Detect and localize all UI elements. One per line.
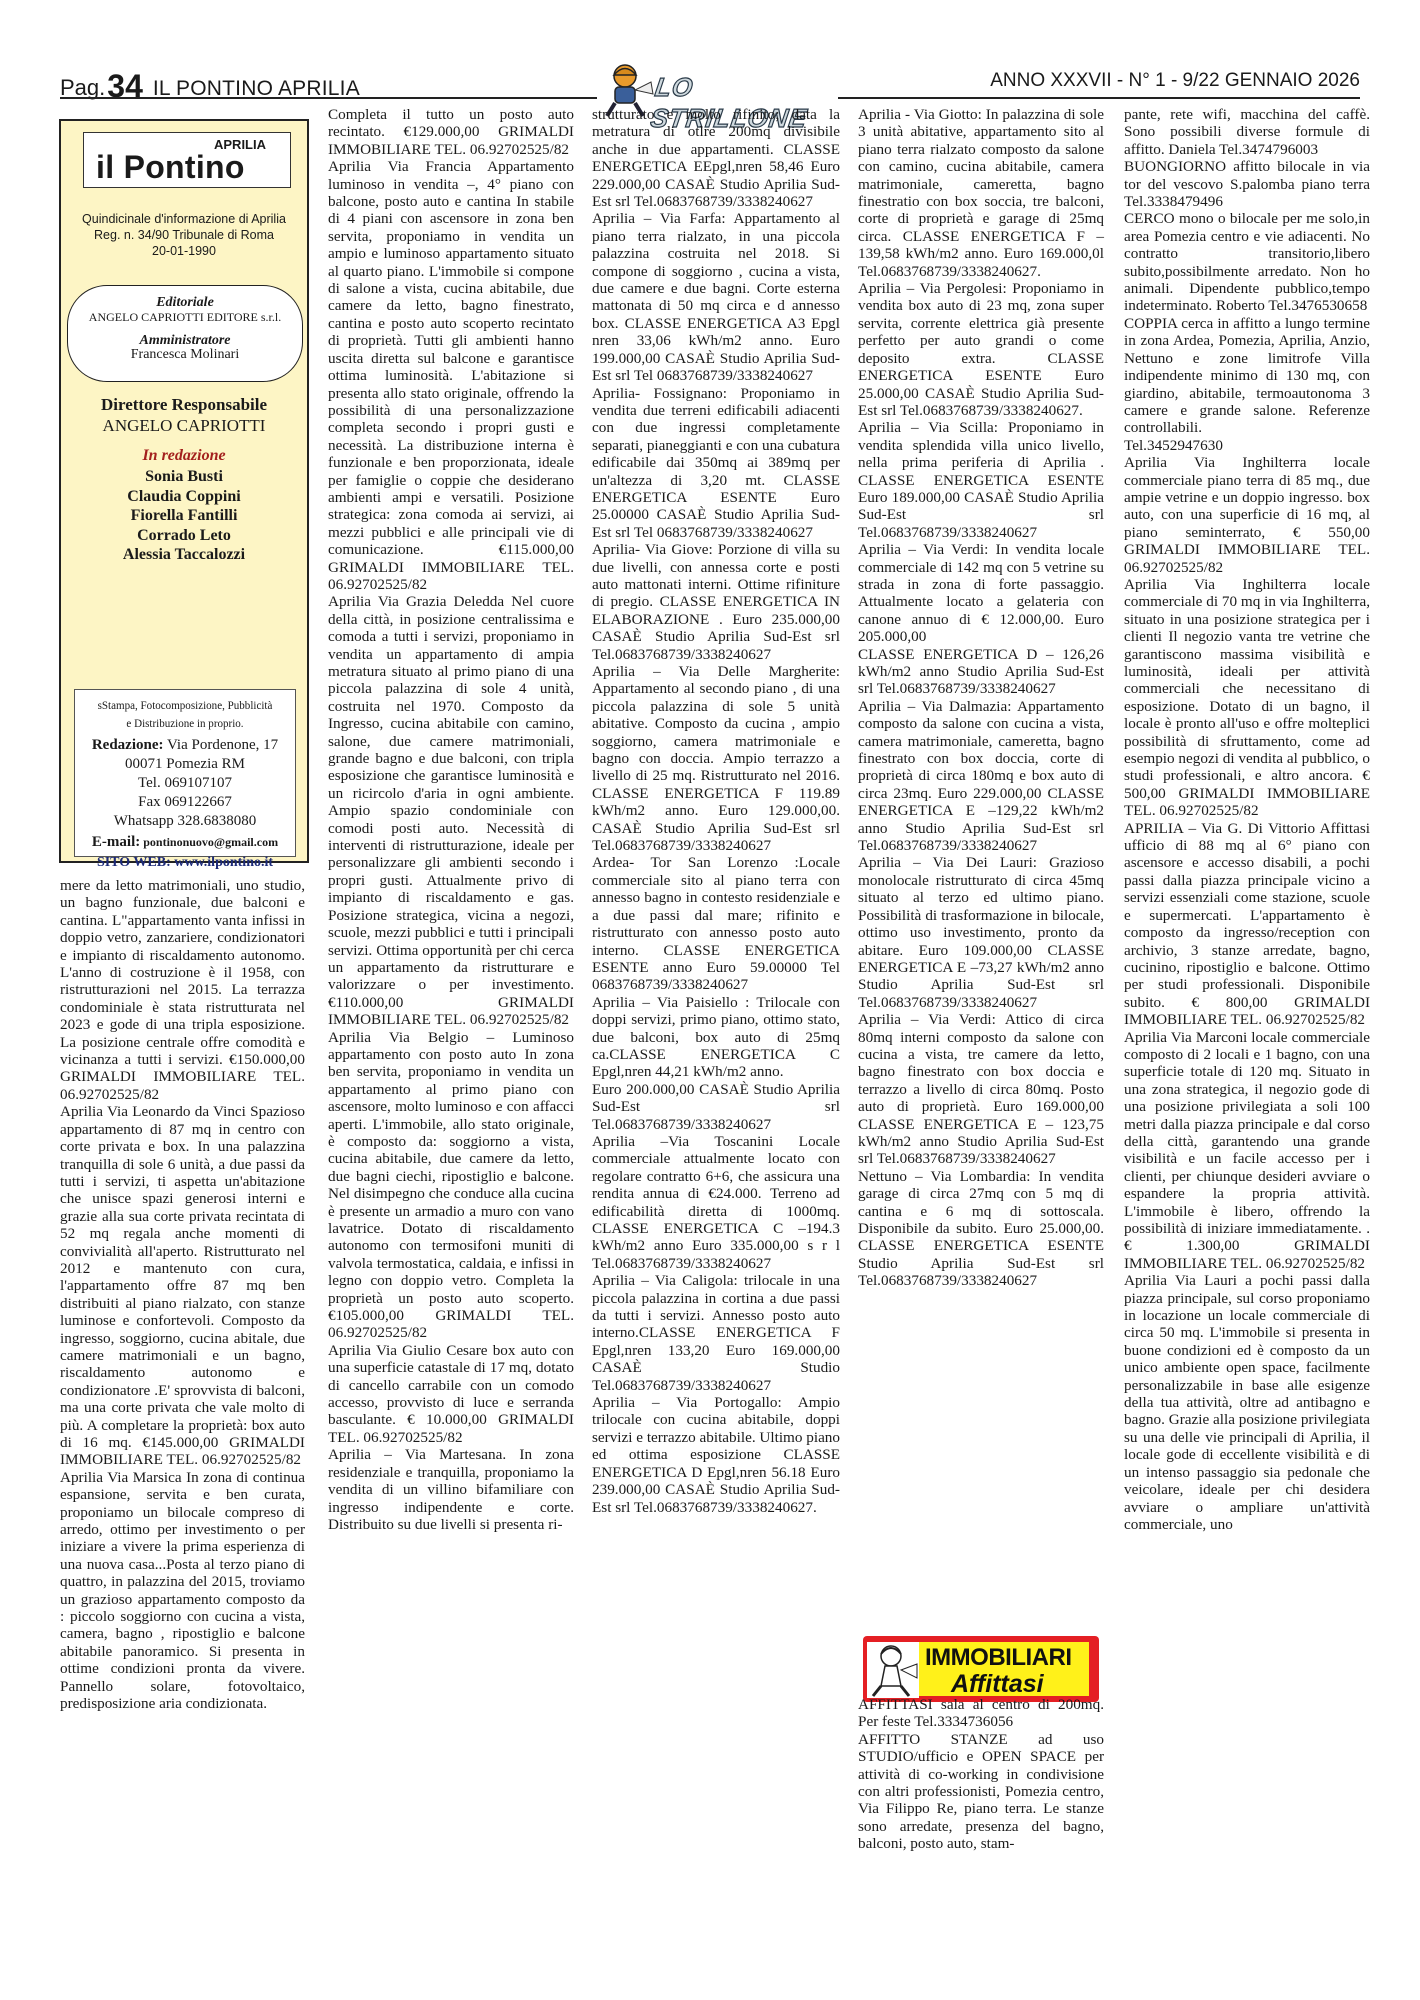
classified-ad: Aprilia Via Francia Appartamento luminos… [328,158,574,593]
cap-city: 00071 Pomezia RM [75,755,295,774]
classified-ad: Aprilia – Via Verdi: Attico di circa 80m… [858,1011,1104,1168]
stampa-line: sStampa, Fotocomposizione, Pubblicità [84,696,286,714]
classified-ad: AFFITTASI sala al centro di 200mq. Per f… [858,1696,1104,1731]
staff-list: Sonia Busti Claudia Coppini Fiorella Fan… [61,467,307,565]
header-rule-right [838,97,1360,99]
classified-ad: Aprilia Via Inghilterra locale commercia… [1124,454,1370,576]
classified-ad: Aprilia Via Lauri a pochi passi dalla pi… [1124,1272,1370,1533]
classified-ad: Completa il tutto un posto auto recintat… [328,106,574,158]
staff-member: Alessia Taccalozzi [61,545,307,565]
web-label: SITO WEB: [97,855,171,870]
publication-registration: Quindicinale d'informazione di Aprilia R… [61,211,307,259]
telephone: Tel. 069107107 [75,774,295,793]
classified-ad: Aprilia – Via Caligola: trilocale in una… [592,1272,840,1394]
email-label: E-mail: [92,834,140,850]
classified-ad: Aprilia Via Giulio Cesare box auto con u… [328,1342,574,1446]
classified-ad: mere da letto matrimoniali, uno studio, … [60,877,305,1103]
web-link[interactable]: www.ilpontino.it [174,855,273,870]
staff-member: Corrado Leto [61,526,307,546]
contacts-box: sStampa, Fotocomposizione, Pubblicità e … [74,689,296,857]
classified-ad: Nettuno – Via Lombardia: In vendita gara… [858,1168,1104,1290]
fax: Fax 069122667 [75,793,295,812]
subtitle-line: 20-01-1990 [61,243,307,259]
classified-ad: Aprilia – Via Dei Lauri: Grazioso monolo… [858,854,1104,1011]
classified-ad: Aprilia – Via Pergolesi: Proponiamo in v… [858,280,1104,419]
whatsapp: Whatsapp 328.6838080 [75,812,295,831]
email-link[interactable]: pontinonuovo@gmail.com [143,835,278,849]
classified-ad: Tel.3452947630 [1124,437,1370,454]
newsboy-mascot-icon [867,1642,919,1698]
stampa-info: sStampa, Fotocomposizione, Pubblicità e … [84,696,286,732]
web-line: SITO WEB: www.ilpontino.it [75,853,295,873]
redazione-addr-label: Redazione: [92,737,164,753]
amministratore-label: Amministratore [68,334,302,348]
classified-ad: Aprilia Via Marconi locale commerciale c… [1124,1029,1370,1273]
subtitle-line: Reg. n. 34/90 Tribunale di Roma [61,227,307,243]
redazione-address: Redazione: Via Pordenone, 17 [75,736,295,755]
column-4-affittasi: AFFITTASI sala al centro di 200mq. Per f… [858,1696,1104,1853]
classified-ad: Aprilia – Via Delle Margherite: Appartam… [592,663,840,854]
classified-ad: Aprilia Via Grazia Deledda Nel cuore del… [328,593,574,1028]
classified-ad: Aprilia Via Leonardo da Vinci Spazioso a… [60,1103,305,1469]
redazione-addr: Via Pordenone, 17 [167,737,278,753]
classified-ad: Aprilia Via Inghilterra locale commercia… [1124,576,1370,820]
classified-ad: Aprilia – Via Farfa: Appartamento al pia… [592,210,840,384]
issue-info: ANNO XXXVII - N° 1 - 9/22 GENNAIO 2026 [990,70,1360,92]
classified-ad: strutturato e molto rifinito; data la me… [592,106,840,210]
subtitle-line: Quindicinale d'informazione di Aprilia [61,211,307,227]
classified-ad: Aprilia –Via Toscanini Locale commercial… [592,1133,840,1272]
stampa-line: e Distribuzione in proprio. [84,714,286,732]
classified-ad: Ardea- Tor San Lorenzo :Locale commercia… [592,854,840,993]
staff-member: Fiorella Fantilli [61,506,307,526]
classified-ad: Aprilia – Via Portogallo: Ampio trilocal… [592,1394,840,1516]
header-rule-left [60,97,597,99]
column-4: Aprilia - Via Giotto: In palazzina di so… [858,106,1104,1290]
classified-ad: Aprilia- Via Giove: Porzione di villa su… [592,541,840,663]
masthead-box: APRILIA il Pontino Quindicinale d'inform… [59,119,309,863]
redazione-label: In redazione [61,447,307,465]
classified-ad: Aprilia Via Belgio – Luminoso appartamen… [328,1029,574,1342]
editorial-oval: Editoriale ANGELO CAPRIOTTI EDITORE s.r.… [67,285,303,382]
direttore-label: Direttore Responsabile [61,395,307,415]
banner-subtitle: Affittasi [951,1670,1044,1699]
staff-member: Sonia Busti [61,467,307,487]
logo-il-pontino: il Pontino [96,149,245,186]
classified-ad: pante, rete wifi, macchina del caffè. So… [1124,106,1370,158]
classified-ad: CLASSE ENERGETICA D – 126,26 kWh/m2 anno… [858,646,1104,698]
classified-ad: Aprilia - Via Giotto: In palazzina di so… [858,106,1104,280]
classified-ad: Aprilia – Via Dalmazia: Appartamento com… [858,698,1104,855]
classified-ad: Aprilia Via Marsica In zona di continua … [60,1469,305,1713]
email-line: E-mail: pontinonuovo@gmail.com [75,831,295,853]
editoriale-label: Editoriale [68,296,302,310]
classified-ad: Aprilia – Via Scilla: Proponiamo in vend… [858,419,1104,541]
column-2: Completa il tutto un posto auto recintat… [328,106,574,1533]
classified-ad: APRILIA – Via G. Di Vittorio Affittasi u… [1124,820,1370,1029]
immobiliari-affittasi-banner: IMMOBILIARI Affittasi [863,1636,1099,1704]
classified-ad: COPPIA cerca in affitto a lungo termine … [1124,315,1370,437]
column-1: mere da letto matrimoniali, uno studio, … [60,877,305,1713]
banner-title: IMMOBILIARI [925,1644,1071,1672]
column-5: pante, rete wifi, macchina del caffè. So… [1124,106,1370,1533]
classified-ad: AFFITTO STANZE ad uso STUDIO/ufficio e O… [858,1731,1104,1853]
direttore-value: ANGELO CAPRIOTTI [61,416,307,436]
classified-ad: BUONGIORNO affitto bilocale in via tor d… [1124,158,1370,210]
classified-ad: Aprilia – Via Verdi: In vendita locale c… [858,541,1104,645]
il-pontino-logo: APRILIA il Pontino [83,132,291,188]
classified-ad: CERCO mono o bilocale per me solo,in are… [1124,210,1370,314]
classified-ad: Aprilia – Via Paisiello : Trilocale con … [592,994,840,1081]
amministratore-value: Francesca Molinari [68,348,302,362]
staff-member: Claudia Coppini [61,487,307,507]
column-3: strutturato e molto rifinito; data la me… [592,106,840,1516]
classified-ad: Aprilia- Fossignano: Proponiamo in vendi… [592,385,840,542]
classified-ad: Euro 200.000,00 CASAÈ Studio Aprilia Sud… [592,1081,840,1133]
editoriale-value: ANGELO CAPRIOTTI EDITORE s.r.l. [68,310,302,324]
classified-ad: Aprilia – Via Martesana. In zona residen… [328,1446,574,1533]
